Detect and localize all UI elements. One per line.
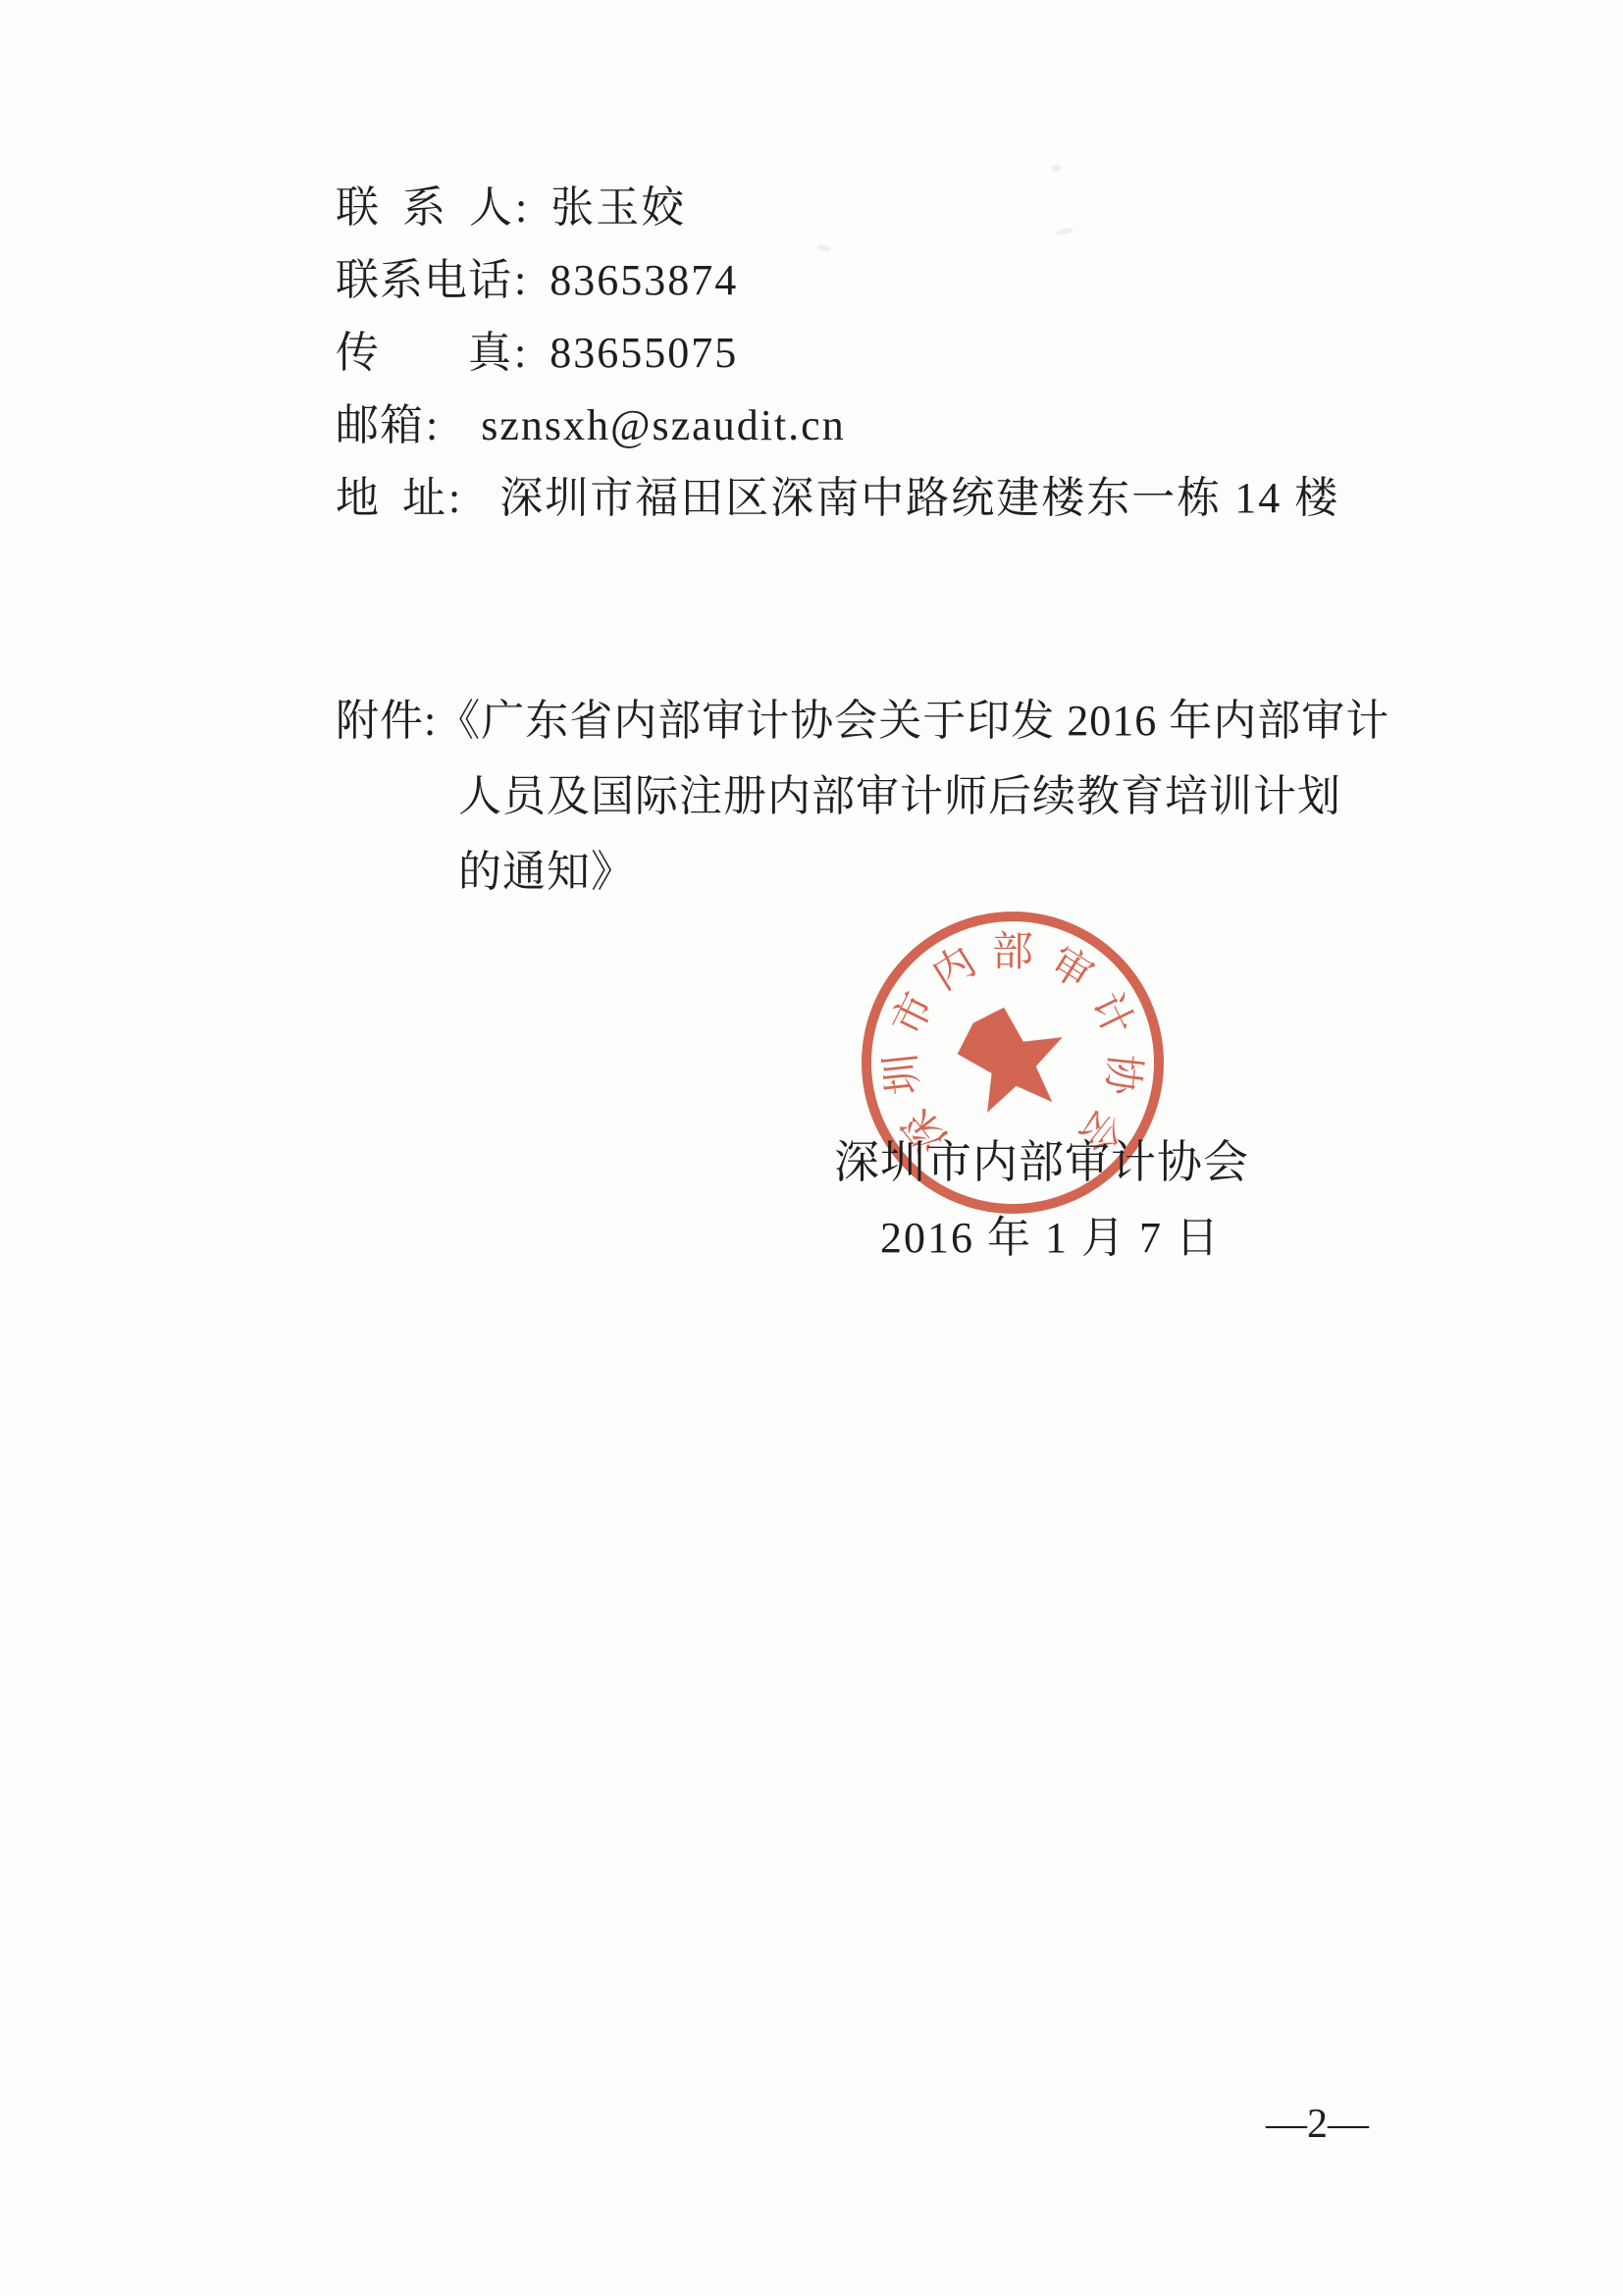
contact-row-email: 邮箱: sznsxh@szaudit.cn [336, 390, 1339, 462]
contact-label: 地 址 [336, 462, 446, 535]
page-number: —2— [1266, 2102, 1369, 2147]
contact-row-address: 地 址: 深圳市福田区深南中路统建楼东一栋 14 楼 [336, 462, 1339, 535]
contact-label: 邮箱 [336, 390, 424, 462]
contact-row-person: 联 系 人: 张玉姣 [336, 172, 1339, 244]
svg-text:内: 内 [925, 939, 984, 999]
contact-value: 83655075 [550, 317, 738, 390]
attachment-note: 附件:《广东省内部审计协会关于印发 2016 年内部审计 人员及国际注册内部审计… [336, 683, 1389, 910]
svg-text:市: 市 [884, 986, 943, 1043]
scan-artifact [1052, 165, 1062, 172]
contact-value: 深圳市福田区深南中路统建楼东一栋 14 楼 [499, 462, 1339, 535]
issuer-organization: 深圳市内部审计协会 [834, 1138, 1249, 1187]
colon: : [514, 317, 526, 390]
contact-value: 83653874 [550, 244, 738, 317]
colon: : [515, 172, 527, 244]
contact-label: 联系电话 [336, 244, 512, 317]
colon: : [426, 390, 438, 462]
colon: : [514, 244, 526, 317]
contact-value: sznsxh@szaudit.cn [481, 390, 845, 462]
svg-text:审: 审 [1041, 939, 1101, 1000]
svg-text:部: 部 [992, 930, 1033, 975]
contact-row-fax: 传 真: 83655075 [336, 317, 1339, 390]
svg-text:圳: 圳 [879, 1051, 928, 1097]
contact-label: 联 系 人 [336, 172, 513, 244]
star-icon [958, 1008, 1063, 1113]
contact-value: 张玉姣 [550, 172, 686, 244]
attachment-line: 人员及国际注册内部审计师后续教育培训计划 [458, 758, 1389, 834]
svg-text:计: 计 [1082, 986, 1141, 1043]
contact-row-phone: 联系电话: 83653874 [336, 244, 1339, 317]
colon: : [448, 462, 460, 535]
attachment-line: 附件:《广东省内部审计协会关于印发 2016 年内部审计 [336, 683, 1389, 758]
document-page: 联 系 人: 张玉姣 联系电话: 83653874 传 真: 83655075 … [0, 0, 1623, 2296]
issue-date: 2016 年 1 月 7 日 [880, 1215, 1221, 1262]
attachment-line: 的通知》 [458, 834, 1389, 910]
svg-text:协: 协 [1097, 1051, 1146, 1099]
contact-label: 传 真 [336, 317, 512, 390]
contact-info-block: 联 系 人: 张玉姣 联系电话: 83653874 传 真: 83655075 … [336, 172, 1339, 535]
